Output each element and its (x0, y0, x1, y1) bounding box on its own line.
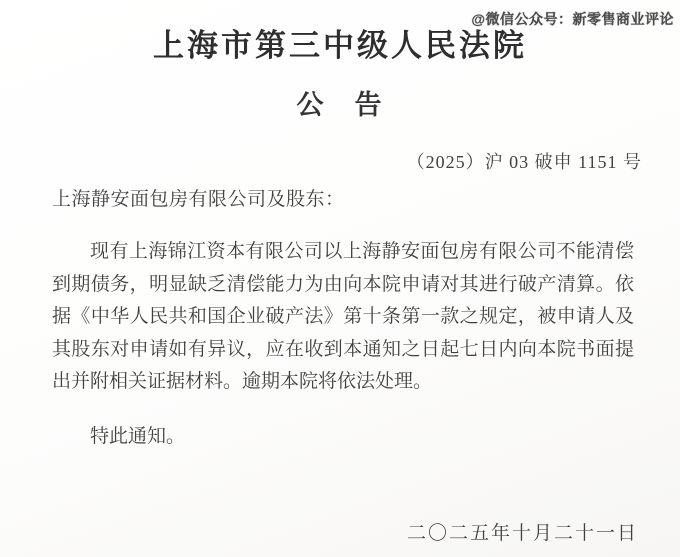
case-number: （2025）沪 03 破申 1151 号 (0, 148, 642, 174)
notice-title: 公 告 (0, 83, 680, 122)
court-name-heading: 上海市第三中级人民法院 (0, 20, 680, 65)
notice-date: 二〇二五年十月二十一日 (0, 518, 638, 545)
closing-line: 特此通知。 (52, 421, 632, 448)
addressee-line: 上海静安面包房有限公司及股东： (52, 184, 632, 211)
notice-body-paragraph: 现有上海锦江资本有限公司以上海静安面包房有限公司不能清偿到期债务，明显缺乏清偿能… (52, 236, 634, 399)
court-notice-document: @微信公众号：新零售商业评论 上海市第三中级人民法院 公 告 （2025）沪 0… (0, 0, 680, 557)
